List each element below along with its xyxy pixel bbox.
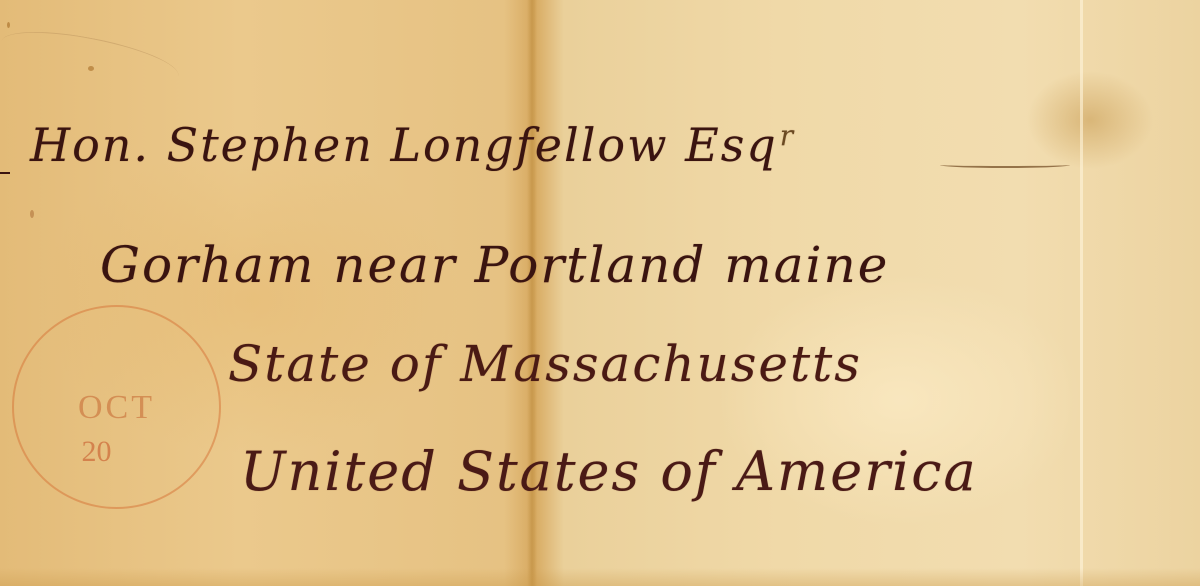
- ink-stain: [88, 66, 94, 71]
- postmark-day: 20: [14, 435, 219, 469]
- ink-stain: [30, 210, 34, 218]
- margin-dash: [0, 172, 10, 174]
- pen-flourish: [940, 162, 1070, 168]
- paper-bottom-edge: [0, 568, 1200, 586]
- esquire-superscript: r: [780, 119, 795, 152]
- address-line-town: Gorham near Portland maine: [100, 236, 889, 294]
- paper-fold-crease-right: [1080, 0, 1083, 586]
- postmark-stamp: OCT 20: [12, 305, 221, 509]
- address-line-recipient-text: Hon. Stephen Longfellow Esq: [30, 118, 778, 172]
- ink-stain: [7, 22, 10, 28]
- address-line-recipient: Hon. Stephen Longfellow Esqr: [30, 118, 795, 172]
- postmark-month: OCT: [14, 389, 219, 427]
- address-line-country: United States of America: [240, 440, 978, 503]
- address-line-state: State of Massachusetts: [228, 335, 862, 393]
- paper-crease-mark: [0, 23, 182, 95]
- envelope-paper: OCT 20 Hon. Stephen Longfellow Esqr Gorh…: [0, 0, 1200, 586]
